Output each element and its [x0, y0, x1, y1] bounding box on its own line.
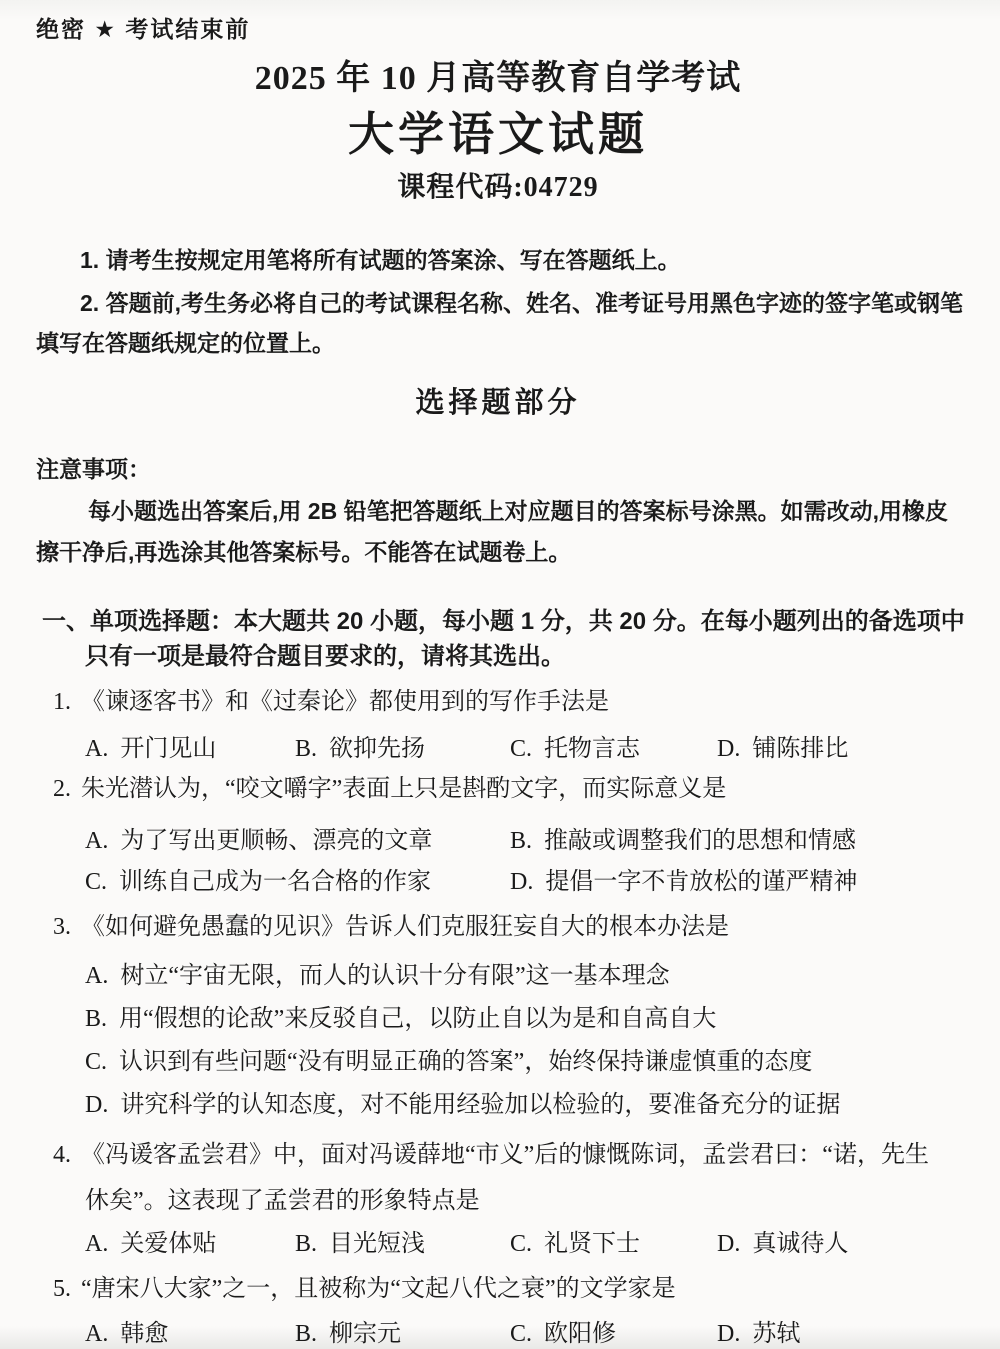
question-5-options: A.韩愈 B.柳宗元 C.欧阳修 D.苏轼 — [36, 1314, 960, 1349]
exam-session-title: 2025 年 10 月高等教育自学考试 — [36, 57, 960, 101]
instruction-item-2-line-2: 填写在答题纸规定的位置上。 — [36, 323, 960, 363]
option-text: 提倡一字不肯放松的谨严精神 — [545, 869, 857, 895]
notes-heading: 注意事项： — [36, 449, 960, 489]
option-text: 欧阳修 — [544, 1321, 616, 1347]
option-label: A. — [85, 1231, 108, 1257]
question-number: 5. — [53, 1276, 71, 1302]
question-1-stem: 1.《谏逐客书》和《过秦论》都使用到的写作手法是 — [36, 682, 960, 722]
option-c: C.礼贤下士 — [510, 1224, 717, 1264]
notes-block: 注意事项： 每小题选出答案后,用 2B 铅笔把答题纸上对应题目的答案标号涂黑。如… — [36, 449, 960, 573]
option-text: 树立“宇宙无限，而人的认识十分有限”这一基本理念 — [120, 963, 669, 989]
instruction-item-2-line-1: 2. 答题前,考生务必将自己的考试课程名称、姓名、准考证号用黑色字迹的签字笔或钢… — [36, 283, 960, 323]
option-label: B. — [85, 1006, 107, 1032]
option-label: B. — [295, 736, 317, 762]
option-text: 训练自己成为一名合格的作家 — [119, 869, 431, 895]
part-one-text: 单项选择题：本大题共 20 小题，每小题 1 分，共 20 分。在每小题列出的备… — [90, 608, 965, 635]
question-5: 5.“唐宋八大家”之一，且被称为“文起八代之衰”的文学家是 A.韩愈 B.柳宗元… — [36, 1269, 960, 1349]
part-one-heading-line-1: 一、单项选择题：本大题共 20 小题，每小题 1 分，共 20 分。在每小题列出… — [36, 604, 960, 639]
option-label: A. — [85, 963, 108, 989]
question-2-options-row-2: C.训练自己成为一名合格的作家 D.提倡一字不肯放松的谨严精神 — [36, 862, 960, 902]
option-label: A. — [85, 736, 108, 762]
notes-line-2: 擦干净后,再选涂其他答案标号。不能答在试题卷上。 — [36, 532, 960, 573]
option-label: D. — [717, 736, 740, 762]
question-3-stem: 3.《如何避免愚蠢的见识》告诉人们克服狂妄自大的根本办法是 — [36, 907, 960, 947]
question-stem-text: 《谏逐客书》和《过秦论》都使用到的写作手法是 — [81, 689, 609, 715]
option-a: A.开门见山 — [85, 729, 295, 769]
option-c: C.训练自己成为一名合格的作家 — [85, 862, 510, 902]
question-number: 1. — [53, 689, 71, 715]
option-text: 铺陈排比 — [752, 736, 848, 762]
option-text: 礼贤下士 — [544, 1231, 640, 1257]
option-label: C. — [510, 736, 532, 762]
option-d: D.提倡一字不肯放松的谨严精神 — [510, 862, 857, 902]
option-text: 讲究科学的认知态度，对不能用经验加以检验的，要准备充分的证据 — [120, 1092, 840, 1118]
security-classification: 绝密 ★ 考试结束前 — [36, 15, 960, 43]
question-stem-text: 朱光潜认为，“咬文嚼字”表面上只是斟酌文字，而实际意义是 — [81, 776, 726, 802]
option-b: B.用“假想的论敌”来反驳自己，以防止自以为是和自高自大 — [85, 999, 716, 1039]
question-2-options-row-1: A.为了写出更顺畅、漂亮的文章 B.推敲或调整我们的思想和情感 — [36, 821, 960, 861]
option-d: D.真诚待人 — [717, 1224, 848, 1264]
question-4-stem-line-2: 休矣”。这表现了孟尝君的形象特点是 — [36, 1178, 960, 1224]
question-4-stem-line-1: 4.《冯谖客孟尝君》中，面对冯谖薛地“市义”后的慷慨陈词，孟尝君曰：“诺，先生 — [36, 1132, 960, 1178]
option-text: 目光短浅 — [329, 1231, 425, 1257]
option-text: 柳宗元 — [329, 1321, 401, 1347]
section-title: 选择题部分 — [36, 384, 960, 422]
option-text: 托物言志 — [544, 736, 640, 762]
question-3-option-a: A.树立“宇宙无限，而人的认识十分有限”这一基本理念 — [36, 956, 960, 996]
option-label: B. — [295, 1321, 317, 1347]
option-text: 认识到有些问题“没有明显正确的答案”，始终保持谦虚慎重的态度 — [119, 1049, 812, 1075]
question-stem-text: 《冯谖客孟尝君》中，面对冯谖薛地“市义”后的慷慨陈词，孟尝君曰：“诺，先生 — [81, 1142, 929, 1168]
question-3-option-c: C.认识到有些问题“没有明显正确的答案”，始终保持谦虚慎重的态度 — [36, 1042, 960, 1082]
question-stem-text: “唐宋八大家”之一，且被称为“文起八代之衰”的文学家是 — [81, 1276, 676, 1302]
option-text: 真诚待人 — [752, 1231, 848, 1257]
option-text: 欲抑先扬 — [329, 736, 425, 762]
question-2-stem: 2.朱光潜认为，“咬文嚼字”表面上只是斟酌文字，而实际意义是 — [36, 769, 960, 809]
question-number: 2. — [53, 776, 71, 802]
option-text: 苏轼 — [752, 1321, 800, 1347]
option-label: D. — [717, 1231, 740, 1257]
option-a: A.关爱体贴 — [85, 1224, 295, 1264]
course-code: 课程代码:04729 — [36, 171, 960, 205]
option-label: D. — [510, 869, 533, 895]
exam-paper-page: 绝密 ★ 考试结束前 2025 年 10 月高等教育自学考试 大学语文试题 课程… — [0, 0, 1000, 1349]
option-label: C. — [85, 869, 107, 895]
option-text: 为了写出更顺畅、漂亮的文章 — [120, 828, 432, 854]
question-3-option-b: B.用“假想的论敌”来反驳自己，以防止自以为是和自高自大 — [36, 999, 960, 1039]
option-d: D.讲究科学的认知态度，对不能用经验加以检验的，要准备充分的证据 — [85, 1085, 840, 1125]
option-text: 韩愈 — [120, 1321, 168, 1347]
option-c: C.欧阳修 — [510, 1314, 717, 1349]
option-c: C.托物言志 — [510, 729, 717, 769]
question-stem-text: 《如何避免愚蠢的见识》告诉人们克服狂妄自大的根本办法是 — [81, 914, 729, 940]
option-a: A.为了写出更顺畅、漂亮的文章 — [85, 821, 510, 861]
instruction-item-1: 1. 请考生按规定用笔将所有试题的答案涂、写在答题纸上。 — [36, 240, 960, 280]
option-text: 关爱体贴 — [120, 1231, 216, 1257]
question-1-options: A.开门见山 B.欲抑先扬 C.托物言志 D.铺陈排比 — [36, 729, 960, 769]
question-2: 2.朱光潜认为，“咬文嚼字”表面上只是斟酌文字，而实际意义是 A.为了写出更顺畅… — [36, 769, 960, 902]
option-text: 推敲或调整我们的思想和情感 — [544, 828, 856, 854]
option-c: C.认识到有些问题“没有明显正确的答案”，始终保持谦虚慎重的态度 — [85, 1042, 812, 1082]
candidate-instructions: 1. 请考生按规定用笔将所有试题的答案涂、写在答题纸上。 2. 答题前,考生务必… — [36, 240, 960, 363]
option-label: A. — [85, 828, 108, 854]
question-4-options: A.关爱体贴 B.目光短浅 C.礼贤下士 D.真诚待人 — [36, 1224, 960, 1264]
question-1: 1.《谏逐客书》和《过秦论》都使用到的写作手法是 A.开门见山 B.欲抑先扬 C… — [36, 682, 960, 769]
option-label: B. — [510, 828, 532, 854]
option-d: D.苏轼 — [717, 1314, 800, 1349]
part-one-label: 一、 — [42, 608, 90, 635]
option-text: 用“假想的论敌”来反驳自己，以防止自以为是和自高自大 — [119, 1006, 716, 1032]
option-b: B.推敲或调整我们的思想和情感 — [510, 821, 856, 861]
option-d: D.铺陈排比 — [717, 729, 848, 769]
option-b: B.柳宗元 — [295, 1314, 510, 1349]
option-label: C. — [510, 1231, 532, 1257]
option-label: B. — [295, 1231, 317, 1257]
part-one-heading-line-2: 只有一项是最符合题目要求的，请将其选出。 — [36, 639, 960, 674]
option-a: A.树立“宇宙无限，而人的认识十分有限”这一基本理念 — [85, 956, 670, 996]
question-3-option-d: D.讲究科学的认知态度，对不能用经验加以检验的，要准备充分的证据 — [36, 1085, 960, 1125]
option-a: A.韩愈 — [85, 1314, 295, 1349]
part-one-heading: 一、单项选择题：本大题共 20 小题，每小题 1 分，共 20 分。在每小题列出… — [36, 604, 960, 674]
question-5-stem: 5.“唐宋八大家”之一，且被称为“文起八代之衰”的文学家是 — [36, 1269, 960, 1309]
question-3: 3.《如何避免愚蠢的见识》告诉人们克服狂妄自大的根本办法是 A.树立“宇宙无限，… — [36, 907, 960, 1125]
option-label: A. — [85, 1321, 108, 1347]
question-number: 3. — [53, 914, 71, 940]
option-label: D. — [85, 1092, 108, 1118]
option-label: C. — [510, 1321, 532, 1347]
option-text: 开门见山 — [120, 736, 216, 762]
option-b: B.目光短浅 — [295, 1224, 510, 1264]
question-number: 4. — [53, 1142, 71, 1168]
notes-line-1: 每小题选出答案后,用 2B 铅笔把答题纸上对应题目的答案标号涂黑。如需改动,用橡… — [36, 491, 960, 532]
option-label: D. — [717, 1321, 740, 1347]
paper-title: 大学语文试题 — [36, 106, 960, 164]
option-label: C. — [85, 1049, 107, 1075]
option-b: B.欲抑先扬 — [295, 729, 510, 769]
question-4: 4.《冯谖客孟尝君》中，面对冯谖薛地“市义”后的慷慨陈词，孟尝君曰：“诺，先生 … — [36, 1132, 960, 1264]
